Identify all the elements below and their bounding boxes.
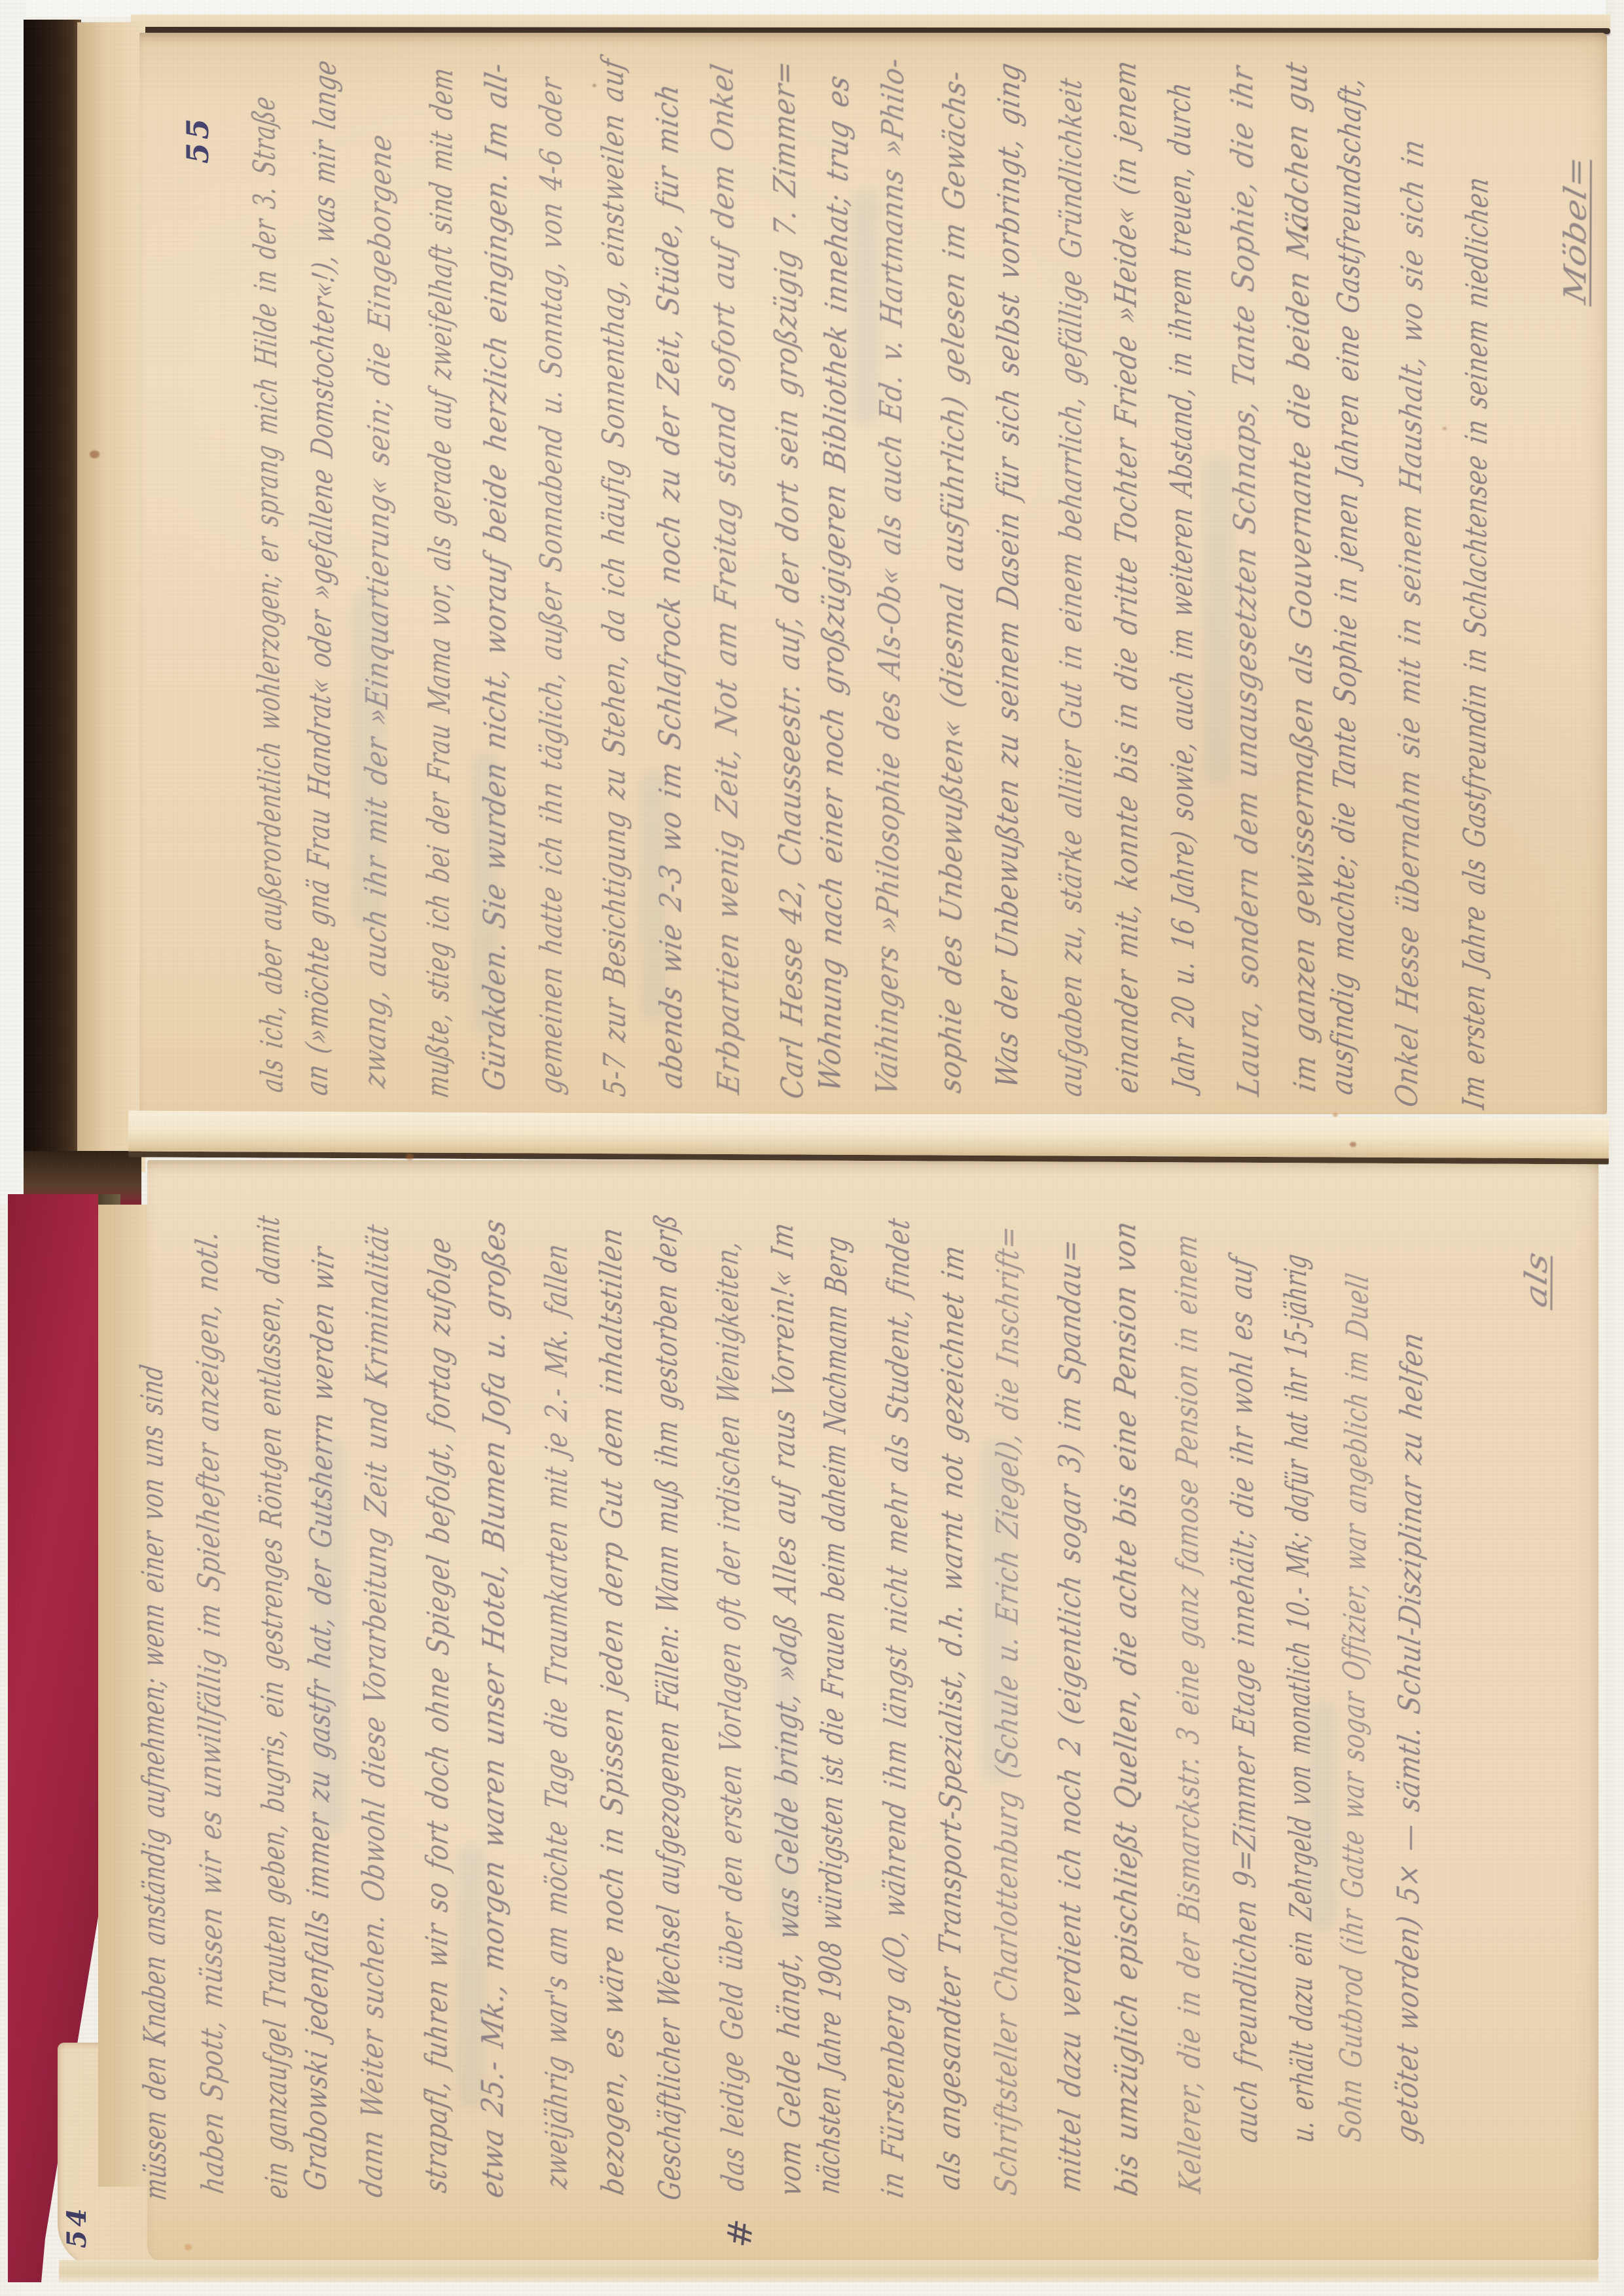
handwriting-line: getötet worden) 5× — sämtl. Schul-Diszip… <box>1394 1332 1430 2142</box>
insert-mark-hash: # <box>724 2204 761 2246</box>
bleedthrough-ghost <box>353 589 384 930</box>
handwriting-text: Wohnung nach einer noch großzügigeren Bi… <box>811 72 856 1095</box>
spine-page-edges <box>77 22 145 1172</box>
handwriting-line: als angesandter Transport-Spezialist, d.… <box>935 1245 971 2189</box>
page-edges-bottom <box>59 2260 1598 2282</box>
handwriting-line: zweijährig war's am möchte Tage die Trau… <box>538 1244 575 2188</box>
handwriting-text: gemeinen hatte ich ihn täglich, außer So… <box>533 74 569 1096</box>
handwriting-line: im ganzen gewissermaßen als Gouvernante … <box>1278 62 1314 1091</box>
handwriting-text: ausfindig machte; die Tante Sophie in je… <box>1324 73 1369 1097</box>
handwriting-text: in Fürstenberg a/O, während ihm längst n… <box>875 1214 917 2200</box>
handwriting-text: Onkel Hesse übernahm sie mit in seinem H… <box>1388 136 1431 1110</box>
foxing-spot <box>185 2244 192 2250</box>
handwriting-text: einander mit, konnte bis in die dritte T… <box>1107 57 1146 1096</box>
foxing-spot <box>592 84 596 87</box>
bleedthrough-ghost <box>1309 1702 1335 1931</box>
handwriting-line: auch freundlichen 9=Zimmer Etage innehäl… <box>1223 1257 1259 2142</box>
foxing-spot <box>406 1154 414 1160</box>
handwriting-line: mußte, stieg ich bei der Frau Mama vor, … <box>424 67 460 1097</box>
bleedthrough-ghost <box>982 1440 1011 1781</box>
handwriting-line: haben Spott, müssen wir es unwillfällig … <box>189 1231 225 2193</box>
handwriting-text: Geschäftlicher Wechsel aufgezogenen Fäll… <box>647 1211 688 2202</box>
bleedthrough-ghost <box>641 773 666 1021</box>
foxing-spot <box>1350 1142 1356 1147</box>
handwriting-line: bezogen, es wäre noch in Spissen jeden d… <box>592 1228 629 2195</box>
bleedthrough-ghost <box>458 1846 484 2108</box>
handwriting-line: Vaihingers »Philosophie des Als-Ob« als … <box>875 58 911 1095</box>
handwriting-line: ein ganzaufgel Trauten geben, bugris, ei… <box>250 1216 287 2198</box>
handwriting-line: als ich, aber außerordentlich wohlerzoge… <box>245 96 282 1092</box>
handwriting-text: mittel dazu verdient ich noch 2 (eigentl… <box>1051 1236 1088 2195</box>
handwriting-line: müssen den Knaben anständig aufnehmen; w… <box>134 1365 170 2200</box>
handwriting-text: aufgaben zu, stärke alliier Gut in einem… <box>1053 75 1089 1099</box>
handwriting-text: bis umzüglich epischließt Quellen, die a… <box>1106 1218 1145 2198</box>
bleedthrough-ghost <box>851 190 880 426</box>
handwriting-line: Sohn Gutbrod (ihr Gatte war sogar Offizi… <box>1339 1273 1376 2141</box>
handwriting-line: Geschäftlicher Wechsel aufgezogenen Fäll… <box>647 1214 684 2200</box>
handwriting-line: an (»möchte gnä Frau Handrat« oder »gefa… <box>307 60 344 1095</box>
handwriting-line: Was der Unbewußten zu seinem Dasein für … <box>990 63 1027 1087</box>
handwriting-text: an (»möchte gnä Frau Handrat« oder »gefa… <box>298 57 344 1098</box>
handwriting-line: einander mit, konnte bis in die dritte T… <box>1107 60 1144 1093</box>
handwriting-text: Sohn Gutbrod (ihr Gatte war sogar Offizi… <box>1332 1270 1376 2144</box>
handwriting-text: als angesandter Transport-Spezialist, d.… <box>931 1242 971 2193</box>
handwriting-text: Erbpartien wenig Zeit, Not am Freitag st… <box>704 61 747 1097</box>
foxing-spot <box>1443 427 1447 430</box>
catchword: Möbel= <box>1557 156 1594 302</box>
handwriting-line: Carl Hesse 42, Chausseestr. auf, der dor… <box>765 61 802 1099</box>
handwriting-text: haben Spott, müssen wir es unwillfällig … <box>189 1228 231 2196</box>
book-spine-strip <box>24 20 81 1192</box>
page-number-54: 54 <box>58 2209 94 2248</box>
handwriting-line: Kellerer, die in der Bismarckstr. 3 eine… <box>1168 1234 1204 2193</box>
insert-mark-hash-text: # <box>719 2216 761 2250</box>
handwriting-text: als <box>1518 1247 1555 1311</box>
handwriting-text: das leidige Geld über den ersten Vorlage… <box>709 1237 751 2193</box>
bleedthrough-ghost <box>1204 458 1232 786</box>
handwriting-text: müssen den Knaben anständig aufnehmen; w… <box>134 1362 173 2202</box>
bleedthrough-ghost <box>772 1637 797 1938</box>
gutter-page-edges <box>128 1110 1609 1164</box>
handwriting-line: Im ersten Jahre als Gastfreundin in Schl… <box>1459 177 1496 1108</box>
handwriting-text: mußte, stieg ich bei der Frau Mama vor, … <box>419 65 460 1101</box>
catchword: als <box>1518 1252 1555 1306</box>
page-number-54-text: 54 <box>58 2205 97 2248</box>
page-number-55: 55 <box>178 96 215 164</box>
handwriting-line: Erbpartien wenig Zeit, Not am Freitag st… <box>704 64 740 1093</box>
handwriting-line: u. erhält dazu ein Zehrgeld von monatlic… <box>1277 1264 1314 2142</box>
handwriting-line: nächsten Jahre 1908 würdigsten ist die F… <box>818 1236 855 2193</box>
handwriting-line: dann Weiter suchen. Obwohl diese Vorarbe… <box>359 1224 396 2196</box>
handwriting-line: sophie des Unbewußten« (diesmal ausführl… <box>936 71 973 1092</box>
handwriting-text: sophie des Unbewußten« (diesmal ausführl… <box>931 67 972 1095</box>
handwriting-text: u. erhält dazu ein Zehrgeld von monatlic… <box>1277 1251 1321 2145</box>
handwriting-line: ausfindig machte; die Tante Sophie in je… <box>1332 77 1369 1094</box>
handwriting-text: Jahr 20 u. 16 Jahre) sowie, auch im weit… <box>1161 79 1202 1093</box>
handwriting-line: das leidige Geld über den ersten Vorlage… <box>709 1241 746 2191</box>
handwriting-text: bezogen, es wäre noch in Spissen jeden d… <box>592 1224 631 2198</box>
handwriting-line: Jahr 20 u. 16 Jahre) sowie, auch im weit… <box>1161 82 1198 1090</box>
handwriting-line: mittel dazu verdient ich noch 2 (eigentl… <box>1051 1239 1088 2191</box>
handwriting-text: Möbel= <box>1557 151 1594 307</box>
handwriting-text: auch freundlichen 9=Zimmer Etage innehäl… <box>1223 1254 1265 2145</box>
handwriting-line: aufgaben zu, stärke alliier Gut in einem… <box>1053 78 1089 1096</box>
handwriting-text: strapafl, fuhren wir so fort doch ohne S… <box>418 1234 458 2195</box>
handwriting-line: gemeinen hatte ich ihn täglich, außer So… <box>533 77 569 1093</box>
handwriting-text: getötet worden) 5× — sämtl. Schul-Diszip… <box>1388 1329 1430 2146</box>
scan-background-left <box>0 0 26 1205</box>
handwriting-text: dann Weiter suchen. Obwohl diese Vorarbe… <box>353 1221 396 2200</box>
handwriting-text: 5-7 zur Besichtigung zu Stehen, da ich h… <box>594 56 633 1099</box>
handwriting-line: Onkel Hesse übernahm sie mit in seinem H… <box>1394 139 1431 1106</box>
handwriting-line: 5-7 zur Besichtigung zu Stehen, da ich h… <box>594 59 631 1096</box>
bleedthrough-ghost <box>314 1440 344 1833</box>
handwriting-line: in Fürstenberg a/O, während ihm längst n… <box>880 1218 917 2197</box>
handwriting-line: bis umzüglich epischließt Quellen, die a… <box>1106 1221 1143 2195</box>
scanned-book-photo: als ich, aber außerordentlich wohlerzoge… <box>0 0 1624 2296</box>
handwriting-text: Im ersten Jahre als Gastfreundin in Schl… <box>1455 174 1496 1112</box>
handwriting-text: zweijährig war's am möchte Tage die Trau… <box>538 1241 575 2191</box>
foxing-spot <box>90 450 99 458</box>
handwriting-line: strapafl, fuhren wir so fort doch ohne S… <box>422 1237 458 2192</box>
page-number-55-text: 55 <box>178 115 217 164</box>
handwriting-text: Was der Unbewußten zu seinem Dasein für … <box>988 59 1027 1091</box>
scan-background-bottom <box>0 2283 1624 2296</box>
handwriting-text: nächsten Jahre 1908 würdigsten ist die F… <box>810 1233 855 2196</box>
bleedthrough-ghost <box>473 753 499 1034</box>
handwriting-text: Kellerer, die in der Bismarckstr. 3 eine… <box>1168 1231 1208 2196</box>
